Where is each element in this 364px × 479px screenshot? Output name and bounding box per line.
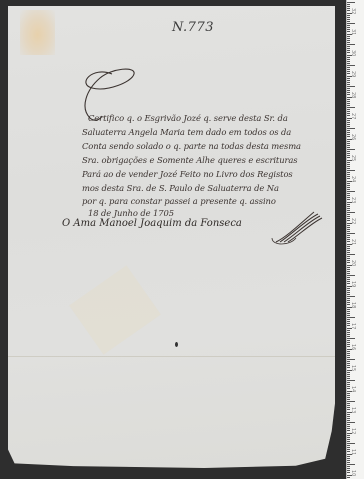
ruler-tick bbox=[347, 378, 350, 379]
ruler-tick bbox=[347, 126, 350, 127]
ruler-tick bbox=[347, 353, 350, 354]
ruler-tick bbox=[347, 36, 350, 37]
ruler-tick bbox=[347, 130, 350, 131]
ruler-tick bbox=[347, 19, 350, 20]
ruler-tick bbox=[347, 109, 350, 110]
ruler-tick bbox=[347, 252, 350, 253]
ruler-tick bbox=[347, 25, 350, 26]
ruler-tick bbox=[347, 86, 355, 87]
ruler-label: 12 bbox=[350, 428, 356, 434]
ruler-label: 18 bbox=[350, 302, 356, 308]
ruler-tick bbox=[347, 296, 355, 297]
ruler-label: 20 bbox=[350, 260, 356, 266]
ruler-tick bbox=[347, 267, 350, 268]
ruler-tick bbox=[347, 40, 350, 41]
ruler-tick bbox=[347, 57, 350, 58]
ruler-tick bbox=[347, 164, 350, 165]
ruler-tick bbox=[347, 63, 350, 64]
ruler-label: 24 bbox=[350, 176, 356, 182]
ruler-tick bbox=[347, 288, 350, 289]
ruler-tick bbox=[347, 477, 350, 478]
ruler-tick bbox=[347, 42, 350, 43]
ruler-tick bbox=[347, 229, 350, 230]
ruler-tick bbox=[347, 67, 350, 68]
ruler-tick bbox=[347, 44, 355, 45]
ruler-label: 10 bbox=[350, 470, 356, 476]
ruler-tick bbox=[347, 420, 350, 421]
ruler-tick bbox=[347, 231, 350, 232]
ruler-tick bbox=[347, 103, 350, 104]
ruler-tick bbox=[347, 395, 350, 396]
ruler-label: 14 bbox=[350, 386, 356, 392]
text-line-8: 18 de Junho de 1705 bbox=[88, 208, 174, 218]
ruler-tick bbox=[347, 445, 350, 446]
ruler-tick bbox=[347, 399, 350, 400]
ruler-tick bbox=[347, 336, 350, 337]
ruler-tick bbox=[347, 290, 350, 291]
text-line-1: Certifico q. o Esgrivão Jozé q. serve de… bbox=[88, 113, 288, 123]
text-line-5: Pará ao de vender Jozé Feito no Livro do… bbox=[82, 169, 293, 179]
ruler-tick bbox=[347, 351, 350, 352]
ruler-tick bbox=[347, 313, 350, 314]
ruler-tick bbox=[347, 162, 350, 163]
ruler-label: 31 bbox=[350, 29, 356, 35]
ruler-tick bbox=[347, 330, 350, 331]
ruler-tick bbox=[347, 403, 350, 404]
ruler-label: 25 bbox=[350, 155, 356, 161]
ruler-tick bbox=[347, 187, 350, 188]
document-number: N.773 bbox=[172, 20, 214, 35]
ruler-label: 28 bbox=[350, 92, 356, 98]
ruler-tick bbox=[347, 185, 350, 186]
ruler-tick bbox=[347, 294, 350, 295]
ruler-tick bbox=[347, 172, 350, 173]
ruler-tick bbox=[347, 78, 350, 79]
ruler-tick bbox=[347, 227, 350, 228]
ruler-tick bbox=[347, 315, 350, 316]
ruler-tick bbox=[347, 275, 355, 276]
ruler-label: 29 bbox=[350, 71, 356, 77]
ruler-tick bbox=[347, 122, 350, 123]
ruler-tick bbox=[347, 4, 350, 5]
ruler-label: 19 bbox=[350, 281, 356, 287]
ruler-tick bbox=[347, 443, 355, 444]
ruler-tick bbox=[347, 210, 350, 211]
measuring-ruler: 3231302928272625242322212019181716151413… bbox=[346, 0, 364, 479]
ruler-tick bbox=[347, 256, 350, 257]
ruler-tick bbox=[347, 61, 350, 62]
ruler-label: 11 bbox=[350, 449, 356, 455]
ruler-tick bbox=[347, 393, 350, 394]
ruler-tick bbox=[347, 214, 350, 215]
ruler-tick bbox=[347, 361, 350, 362]
ruler-label: 16 bbox=[350, 344, 356, 350]
fold-line bbox=[8, 356, 335, 357]
ruler-tick bbox=[347, 101, 350, 102]
ruler-tick bbox=[347, 88, 350, 89]
ruler-tick bbox=[347, 170, 355, 171]
ruler-tick bbox=[347, 128, 355, 129]
ruler-tick bbox=[347, 15, 350, 16]
ruler-label: 15 bbox=[350, 365, 356, 371]
ruler-tick bbox=[347, 17, 350, 18]
ruler-tick bbox=[347, 65, 355, 66]
ruler-label: 30 bbox=[350, 50, 356, 56]
ruler-tick bbox=[347, 458, 350, 459]
ruler-tick bbox=[347, 466, 350, 467]
text-line-6: mos desta Sra. de S. Paulo de Saluaterra… bbox=[82, 183, 279, 193]
ruler-tick bbox=[347, 380, 355, 381]
ruler-tick bbox=[347, 208, 350, 209]
ruler-tick bbox=[347, 338, 355, 339]
ruler-label: 13 bbox=[350, 407, 356, 413]
ruler-tick bbox=[347, 456, 350, 457]
ruler-tick bbox=[347, 397, 350, 398]
ruler-tick bbox=[347, 277, 350, 278]
ruler-tick bbox=[347, 464, 355, 465]
ruler-tick bbox=[347, 107, 355, 108]
ruler-tick bbox=[347, 80, 350, 81]
ruler-tick bbox=[347, 141, 350, 142]
ruler-tick bbox=[347, 416, 350, 417]
ruler-tick bbox=[347, 248, 350, 249]
stamp-stain bbox=[20, 10, 55, 55]
text-line-4: Sra. obrigações e Somente Alhe queres e … bbox=[82, 155, 298, 165]
ruler-tick bbox=[347, 233, 355, 234]
ruler-tick bbox=[347, 147, 350, 148]
ruler-tick bbox=[347, 246, 350, 247]
ruler-tick bbox=[347, 168, 350, 169]
ruler-tick bbox=[347, 437, 350, 438]
ruler-tick bbox=[347, 191, 355, 192]
ruler-tick bbox=[347, 359, 355, 360]
ruler-tick bbox=[347, 99, 350, 100]
ruler-tick bbox=[347, 376, 350, 377]
ruler-tick bbox=[347, 311, 350, 312]
ruler-tick bbox=[347, 372, 350, 373]
ruler-tick bbox=[347, 462, 350, 463]
ruler-tick bbox=[347, 309, 350, 310]
ruler-tick bbox=[347, 46, 350, 47]
ruler-tick bbox=[347, 374, 350, 375]
text-line-2: Saluaterra Angela Maria tem dado em todo… bbox=[82, 127, 291, 137]
ruler-label: 23 bbox=[350, 197, 356, 203]
ruler-tick bbox=[347, 212, 355, 213]
ruler-tick bbox=[347, 424, 350, 425]
ruler-tick bbox=[347, 435, 350, 436]
ruler-tick bbox=[347, 355, 350, 356]
ruler-tick bbox=[347, 124, 350, 125]
ruler-label: 21 bbox=[350, 239, 356, 245]
ruler-tick bbox=[347, 317, 355, 318]
ruler-tick bbox=[347, 38, 350, 39]
ruler-tick bbox=[347, 59, 350, 60]
ruler-label: 32 bbox=[350, 8, 356, 14]
ruler-tick bbox=[347, 149, 355, 150]
ruler-tick bbox=[347, 166, 350, 167]
ink-blot bbox=[175, 342, 178, 347]
ruler-tick bbox=[347, 193, 350, 194]
ruler-tick bbox=[347, 332, 350, 333]
ruler-tick bbox=[347, 84, 350, 85]
ruler-tick bbox=[347, 439, 350, 440]
ruler-tick bbox=[347, 414, 350, 415]
ruler-tick bbox=[347, 206, 350, 207]
ruler-tick bbox=[347, 2, 355, 3]
ruler-tick bbox=[347, 145, 350, 146]
ruler-tick bbox=[347, 271, 350, 272]
ruler-label: 27 bbox=[350, 113, 356, 119]
ruler-tick bbox=[347, 120, 350, 121]
ruler-label: 26 bbox=[350, 134, 356, 140]
signature: O Ama Manoel Joaquim da Fonseca bbox=[62, 218, 242, 229]
ruler-tick bbox=[347, 298, 350, 299]
ruler-tick bbox=[347, 183, 350, 184]
ruler-tick bbox=[347, 82, 350, 83]
ruler-tick bbox=[347, 105, 350, 106]
ruler-tick bbox=[347, 143, 350, 144]
text-line-3: Conta sendo solado o q. parte na todas d… bbox=[82, 141, 301, 151]
ruler-tick bbox=[347, 334, 350, 335]
ruler-tick bbox=[347, 441, 350, 442]
ruler-tick bbox=[347, 151, 350, 152]
ruler-tick bbox=[347, 269, 350, 270]
ruler-tick bbox=[347, 418, 350, 419]
ruler-tick bbox=[347, 273, 350, 274]
ruler-tick bbox=[347, 225, 350, 226]
ruler-tick bbox=[347, 189, 350, 190]
ruler-tick bbox=[347, 21, 350, 22]
ruler-tick bbox=[347, 357, 350, 358]
ruler-tick bbox=[347, 401, 355, 402]
ruler-tick bbox=[347, 422, 355, 423]
ruler-tick bbox=[347, 382, 350, 383]
ruler-label: 22 bbox=[350, 218, 356, 224]
ruler-tick bbox=[347, 250, 350, 251]
ruler-label: 17 bbox=[350, 323, 356, 329]
text-line-7: por q. para constar passei a presente q.… bbox=[82, 196, 276, 206]
ruler-tick bbox=[347, 340, 350, 341]
ruler-tick bbox=[347, 23, 355, 24]
rubric-icon bbox=[268, 208, 328, 248]
ruler-tick bbox=[347, 292, 350, 293]
ruler-tick bbox=[347, 235, 350, 236]
ruler-tick bbox=[347, 460, 350, 461]
ruler-tick bbox=[347, 254, 355, 255]
ruler-tick bbox=[347, 204, 350, 205]
ruler-tick bbox=[347, 319, 350, 320]
